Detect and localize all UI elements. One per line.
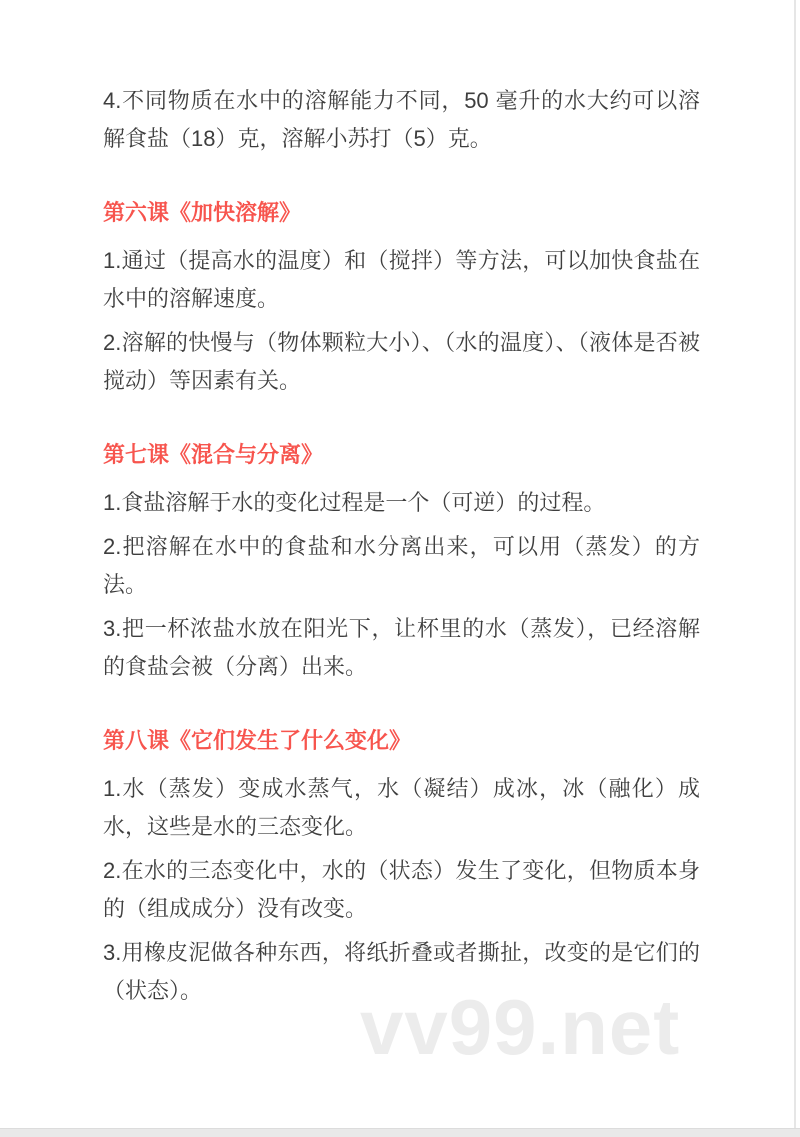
intro-paragraph: 4.不同物质在水中的溶解能力不同，50 毫升的水大约可以溶解食盐（18）克，溶解… bbox=[103, 82, 700, 158]
section-title-lesson-8: 第八课《它们发生了什么变化》 bbox=[103, 722, 700, 760]
document-content: 4.不同物质在水中的溶解能力不同，50 毫升的水大约可以溶解食盐（18）克，溶解… bbox=[0, 0, 800, 1010]
document-page: 4.不同物质在水中的溶解能力不同，50 毫升的水大约可以溶解食盐（18）克，溶解… bbox=[0, 0, 800, 1137]
section-lesson-8: 第八课《它们发生了什么变化》 1.水（蒸发）变成水蒸气，水（凝结）成冰，冰（融化… bbox=[103, 722, 700, 1010]
section-title-lesson-7: 第七课《混合与分离》 bbox=[103, 436, 700, 474]
lesson-6-point-2: 2.溶解的快慢与（物体颗粒大小）、（水的温度）、（液体是否被搅动）等因素有关。 bbox=[103, 324, 700, 400]
lesson-8-point-2: 2.在水的三态变化中，水的（状态）发生了变化，但物质本身的（组成成分）没有改变。 bbox=[103, 852, 700, 928]
lesson-7-point-1: 1.食盐溶解于水的变化过程是一个（可逆）的过程。 bbox=[103, 484, 700, 522]
lesson-8-point-1: 1.水（蒸发）变成水蒸气，水（凝结）成冰，冰（融化）成水，这些是水的三态变化。 bbox=[103, 770, 700, 846]
page-bottom-edge bbox=[0, 1128, 800, 1137]
section-lesson-6: 第六课《加快溶解》 1.通过（提高水的温度）和（搅拌）等方法，可以加快食盐在水中… bbox=[103, 194, 700, 400]
watermark: vv99.net bbox=[360, 982, 680, 1073]
page-right-edge-line bbox=[794, 0, 796, 1137]
section-lesson-7: 第七课《混合与分离》 1.食盐溶解于水的变化过程是一个（可逆）的过程。 2.把溶… bbox=[103, 436, 700, 686]
lesson-7-point-3: 3.把一杯浓盐水放在阳光下，让杯里的水（蒸发），已经溶解的食盐会被（分离）出来。 bbox=[103, 610, 700, 686]
lesson-6-point-1: 1.通过（提高水的温度）和（搅拌）等方法，可以加快食盐在水中的溶解速度。 bbox=[103, 242, 700, 318]
section-title-lesson-6: 第六课《加快溶解》 bbox=[103, 194, 700, 232]
lesson-7-point-2: 2.把溶解在水中的食盐和水分离出来，可以用（蒸发）的方法。 bbox=[103, 528, 700, 604]
